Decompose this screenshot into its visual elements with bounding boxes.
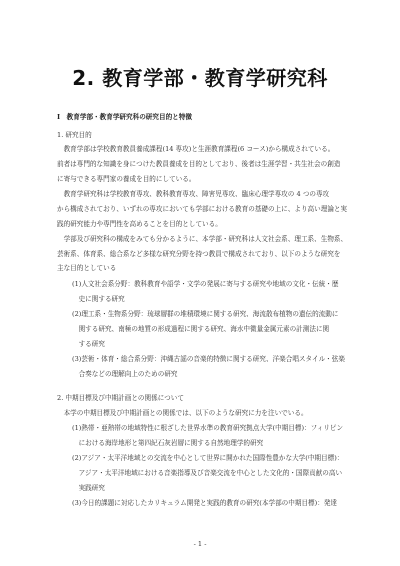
list-item: 関する研究、南極の地質の形成過程に関する研究、海水中微量金属元素の計測法に関 — [72, 325, 329, 333]
paragraph-line: 主な目的としている — [57, 264, 116, 272]
paragraph-line: 教育学研究科は学校教育専攻、教科教育専攻、障害児専攻、臨床心理学専攻の 4 つの… — [57, 190, 329, 198]
paragraph-line: 践的研究能力や専門性を高めることを目的としている。 — [57, 220, 222, 228]
list-item: する研究 — [72, 340, 105, 348]
list-item: (2)理工系・生物系分野：琉球層群の堆積環境に関する研究、海流散布植物の遺伝的流… — [72, 310, 339, 318]
subsection-heading-research-purpose: 1. 研究目的 — [57, 131, 92, 139]
paragraph-line: 本学の中期目標及び中期計画との関係では、以下のような研究に力を注いでいる。 — [57, 409, 308, 417]
list-item: (3)今日的課題に対応したカリキュラム開発と実践的教育の研究(本学部の中期目標)… — [72, 499, 337, 507]
subsection-heading-mid-term-goals: 2. 中期目標及び中期計画との関係について — [57, 394, 184, 402]
paragraph-line: 芸術系、体育系、総合系など多様な研究分野を持つ教員で構成されており、以下のような… — [57, 250, 341, 258]
paragraph-line: 前者は専門的な知識を身につけた教員養成を目的としており、後者は生涯学習・共生社会… — [57, 160, 340, 168]
list-item: (1)人文社会系分野：教科教育や語学・文学の発展に寄与する研究や地域の文化・伝統… — [72, 280, 339, 288]
list-item: 史に関する研究 — [72, 295, 125, 303]
paragraph-line: から構成されており、いずれの専攻においても学部における教育の基礎の上に、より高い… — [57, 205, 347, 213]
list-item: 実践研究 — [72, 484, 105, 492]
page-number: - 1 - — [0, 540, 400, 548]
list-item: (1)熱帯・亜熱帯の地域特性に根ざした世界水準の教育研究拠点大学(中期目標)：フ… — [72, 424, 343, 432]
section-heading: Ⅰ 教育学部・教育学研究科の研究目的と特徴 — [57, 111, 192, 121]
paragraph-line: 学部及び研究科の構成をみても分かるように、本学部・研究科は人文社会系、理工系、生… — [57, 235, 347, 243]
list-item: (2)アジア・太平洋地域との交流を中心として世界に開かれた国際性豊かな大学(中期… — [72, 454, 343, 462]
page-title: 2. 教育学部・教育学研究科 — [0, 62, 400, 91]
paragraph-line: に寄与できる専門家の養成を目的にしている。 — [57, 175, 195, 183]
list-item: における海岸地形と第四紀石灰岩層に関する自然地理学的研究 — [72, 439, 263, 447]
paragraph-line: 教育学部は学校教育教員養成課程(14 専攻)と生涯教育課程(6 コース)から構成… — [57, 145, 334, 153]
list-item: (3)芸術・体育・総合系分野：沖縄古謡の音楽的特徴に関する研究、洋楽合唱スタイル… — [72, 355, 345, 363]
list-item: アジア・太平洋地域における音楽指導及び音楽交流を中心とした文化的・国際貢献の高い — [72, 469, 342, 477]
list-item: 合奏などの理解向上のための研究 — [72, 370, 178, 378]
